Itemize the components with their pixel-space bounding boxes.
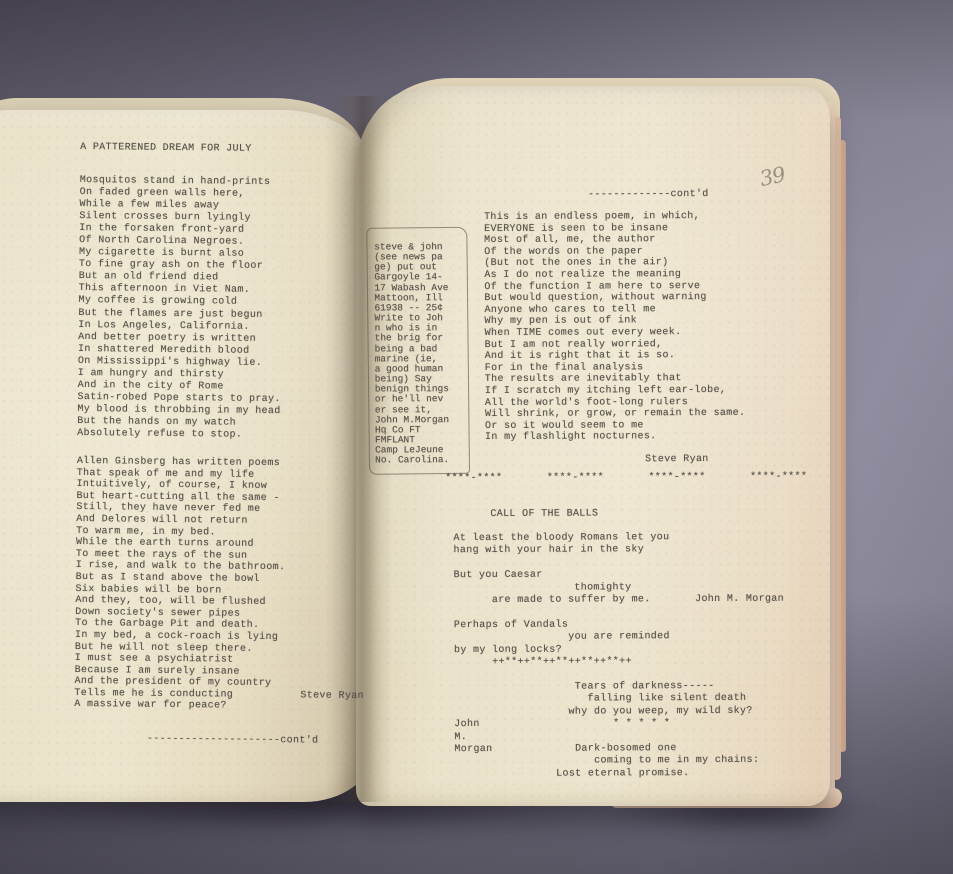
left-page-text: A PATTERENED DREAM FOR JULY Mosquitos st… [2,0,953,9]
author-signature-right: Steve Ryan [645,454,709,466]
handwritten-page-number: 39 [758,162,787,191]
photo-of-open-book: A PATTERENED DREAM FOR JULY Mosquitos st… [0,0,953,874]
poem-title-left: A PATTERENED DREAM FOR JULY [80,142,252,156]
author-signature-left: Steve Ryan [300,690,364,703]
endless-poem: This is an endless poem, in which, EVERY… [484,211,745,444]
poem-title-call-of-the-balls: CALL OF THE BALLS [490,508,598,521]
poem-stanza-1: Mosquitos stand in hand-prints On faded … [77,175,283,442]
continued-marker-left: ---------------------cont'd [147,734,319,748]
continued-marker-top: -------------cont'd [588,189,709,202]
ad-box-text: steve & john (see news pa ge) put out Ga… [374,242,449,466]
asterisk-separator: ****-**** ****-**** ****-**** ****-**** [445,472,807,486]
poem-stanza-2: Allen Ginsberg has written poems That sp… [74,456,286,713]
call-of-the-balls-poem: At least the bloody Romans let you hang … [453,532,784,782]
right-page-text: -------------cont'd 39 This is an endles… [0,0,952,2]
